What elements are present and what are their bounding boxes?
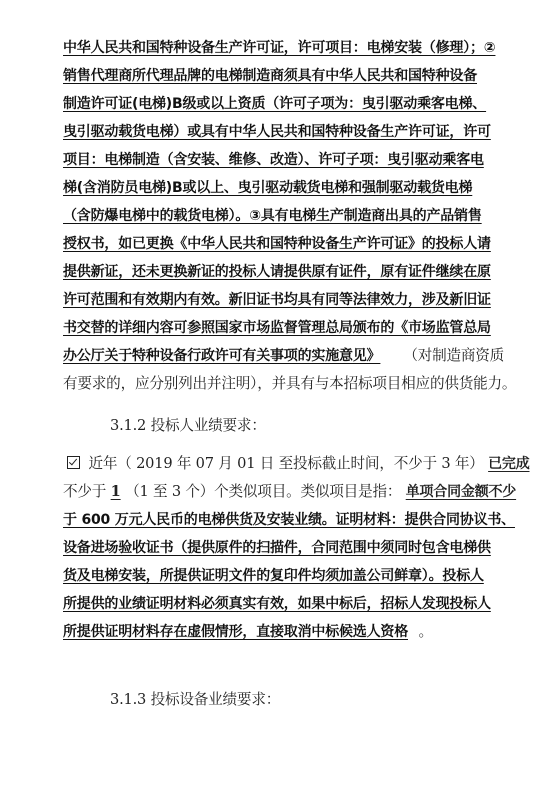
text-line-8: 授权书，如已更换《中华人民共和国特种设备生产许可证》的投标人请: [63, 232, 465, 256]
section-heading-3-1-3: 3.1.3 投标设备业绩要求：: [110, 688, 512, 712]
perf-line-1: 近年（ 2019 年 07 月 01 日 至投标截止时间，不少于 3 年） 已完…: [67, 452, 469, 476]
similar-projects-text: （1 至 3 个）个类似项目。类似项目是指：: [125, 483, 401, 500]
document-page: 中华人民共和国特种设备生产许可证，许可项目：电梯安装（修理）；② 销售代理商所代…: [0, 0, 553, 807]
text-line-3: 制造许可证(电梯)B级或以上资质（许可子项为：曳引驱动乘客电梯、: [63, 92, 465, 116]
perf-line-4: 设备进场验收证书（提供原件的扫描件，合同范围中须同时包含电梯供: [63, 536, 465, 560]
text-line-4: 曳引驱动载货电梯）或具有中华人民共和国特种设备生产许可证，许可: [63, 120, 465, 144]
regulation-title: 办公厅关于特种设备行政许可有关事项的实施意见》: [63, 348, 380, 364]
manufacturer-note: （对制造商资质: [403, 347, 504, 364]
perf-line-7: 所提供证明材料存在虚假情形，直接取消中标候选人资格 。: [63, 620, 465, 644]
disqualification-text: 所提供证明材料存在虚假情形，直接取消中标候选人资格: [63, 624, 408, 640]
text-line-10: 许可范围和有效期内有效。新旧证书均具有同等法律效力，涉及新旧证: [63, 288, 465, 312]
text-line-6: 梯(含消防员电梯)B或以上、曳引驱动载货电梯和强制驱动载货电梯: [63, 176, 465, 200]
period-mark: 。: [418, 623, 432, 640]
perf-line-5: 货及电梯安装，所提供证明文件的复印件均须加盖公司鲜章）。投标人: [63, 564, 465, 588]
contract-amount-text: 单项合同金额不少: [406, 484, 516, 500]
perf-line-2: 不少于 1 （1 至 3 个）个类似项目。类似项目是指： 单项合同金额不少: [63, 480, 465, 504]
section-heading-3-1-2: 3.1.2 投标人业绩要求：: [110, 414, 512, 438]
text-line-7: （含防爆电梯中的载货电梯）。③具有电梯生产制造商出具的产品销售: [63, 204, 465, 228]
at-least-text: 不少于: [63, 483, 106, 500]
checked-checkbox-icon[interactable]: [67, 456, 80, 469]
text-line-9: 提供新证，还未更换新证的投标人请提供原有证件，原有证件继续在原: [63, 260, 465, 284]
project-count: 1: [111, 483, 121, 500]
text-line-2: 销售代理商所代理品牌的电梯制造商须具有中华人民共和国特种设备: [63, 64, 465, 88]
completed-text: 已完成: [488, 456, 529, 472]
text-line-5: 项目：电梯制造（含安装、维修、改造）、许可子项：曳引驱动乘客电: [63, 148, 465, 172]
text-line-11: 书交替的详细内容可参照国家市场监督管理总局颁布的《市场监管总局: [63, 316, 465, 340]
period-text: 近年（ 2019 年 07 月 01 日 至投标截止时间，不少于 3 年）: [88, 455, 483, 472]
perf-line-6: 所提供的业绩证明材料必须真实有效，如果中标后，招标人发现投标人: [63, 592, 465, 616]
text-line-13: 有要求的，应分别列出并注明），并具有与本招标项目相应的供货能力。: [63, 372, 465, 396]
text-line-12: 办公厅关于特种设备行政许可有关事项的实施意见》 （对制造商资质: [63, 344, 465, 368]
text-line-1: 中华人民共和国特种设备生产许可证，许可项目：电梯安装（修理）；②: [63, 36, 465, 60]
perf-line-3: 于 600 万元人民币的电梯供货及安装业绩。证明材料：提供合同协议书、: [63, 508, 465, 532]
